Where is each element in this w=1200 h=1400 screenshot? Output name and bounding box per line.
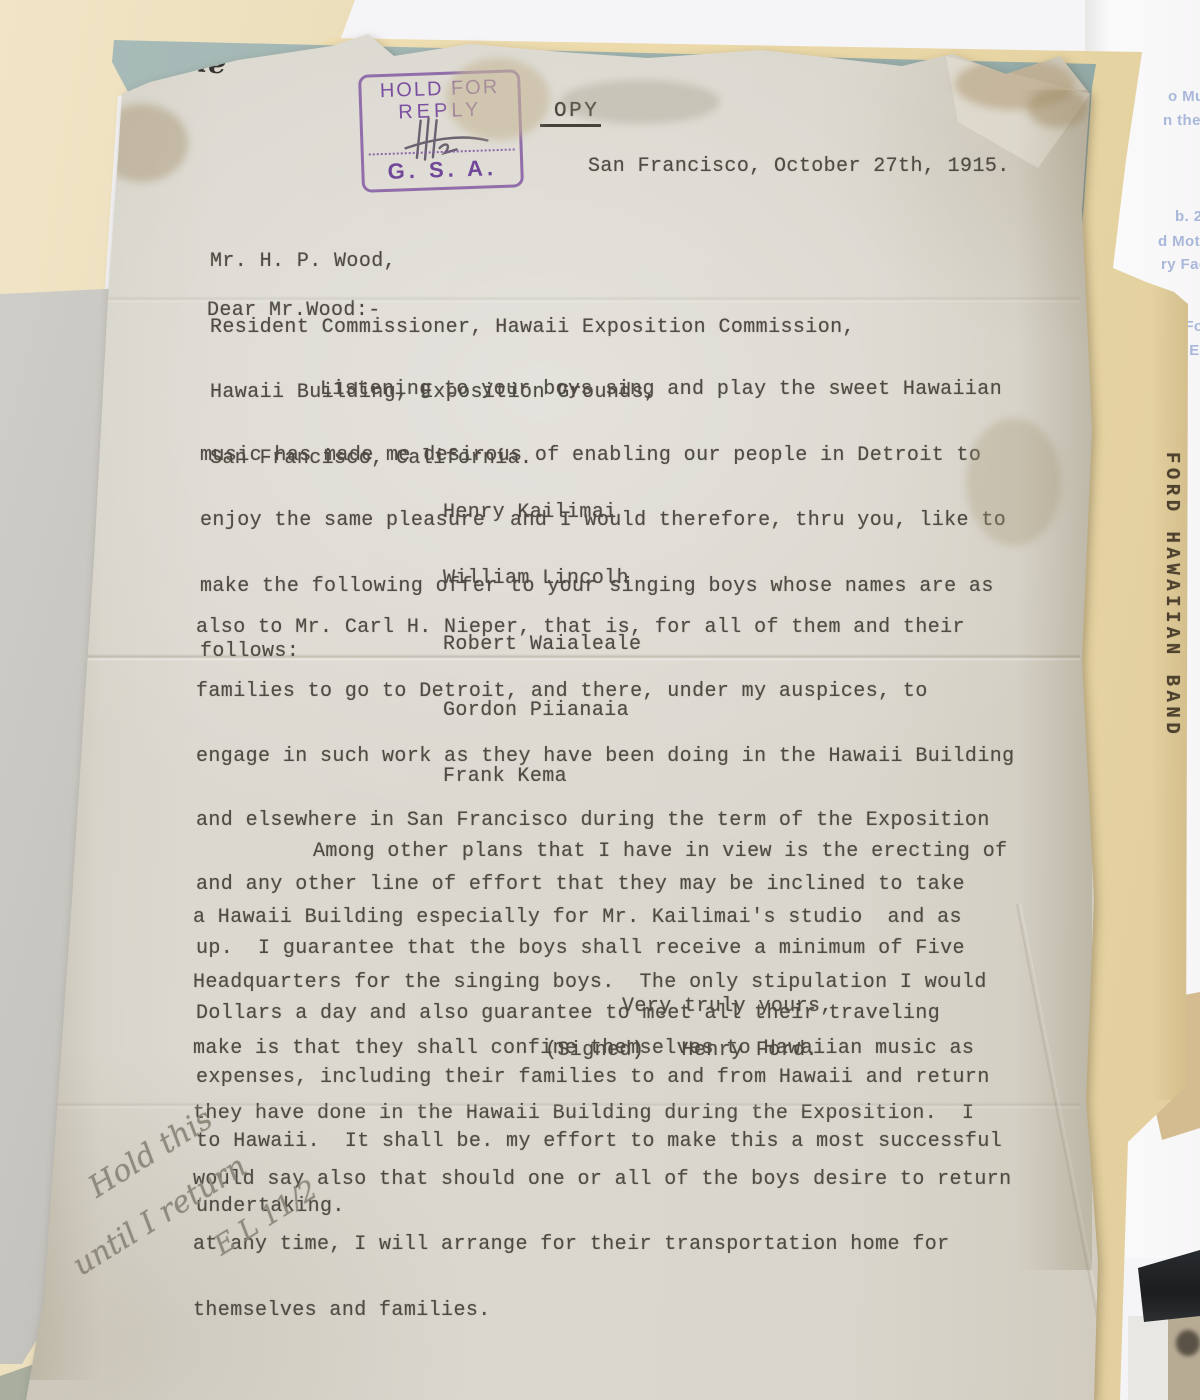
- fold-crease: [30, 296, 1080, 303]
- right-edge-shading: [1016, 90, 1092, 1270]
- body-line: at any time, I will arrange for their tr…: [193, 1234, 1012, 1257]
- signature-line: (Signed) Henry Ford.: [545, 1040, 818, 1062]
- body-line: a Hawaii Building especially for Mr. Kai…: [193, 907, 1012, 930]
- paper-stain: [446, 58, 550, 140]
- address-line: Mr. H. P. Wood,: [210, 251, 855, 274]
- fold-crease: [30, 1102, 1080, 1109]
- salutation: Dear Mr.Wood:-: [207, 300, 381, 322]
- cable-script-handwriting: Cable: [137, 40, 228, 81]
- body-line: families to go to Detroit, and there, un…: [196, 681, 1015, 702]
- letter-sheet-wrapper: Cable HOLD FOR REPLY G. S. A. OPY San: [0, 0, 1200, 1400]
- date-line: San Francisco, October 27th, 1915.: [588, 156, 1010, 178]
- fold-crease: [30, 654, 1080, 661]
- left-edge-shading: [28, 120, 100, 1380]
- closing-line: Very truly yours,: [622, 996, 833, 1018]
- singer-name: Henry Kailimai: [443, 501, 641, 524]
- paper-stain: [96, 104, 188, 182]
- photo-of-letter: o Mu n the b. 20 d Motu ry Fac B. For WO…: [0, 0, 1200, 1400]
- paper-smudge: [560, 80, 720, 124]
- body-line: engage in such work as they have been do…: [196, 746, 1015, 767]
- body-line: Among other plans that I have in view is…: [313, 841, 1012, 864]
- body-line: Listening to your boys sing and play the…: [320, 379, 1006, 402]
- body-line: Headquarters for the singing boys. The o…: [193, 972, 1012, 995]
- body-line: themselves and families.: [193, 1300, 1012, 1323]
- stamp-line-3: G. S. A.: [364, 154, 521, 185]
- letter-sheet: Cable HOLD FOR REPLY G. S. A. OPY San: [0, 0, 1200, 1400]
- body-line: also to Mr. Carl H. Nieper, that is, for…: [196, 617, 1015, 638]
